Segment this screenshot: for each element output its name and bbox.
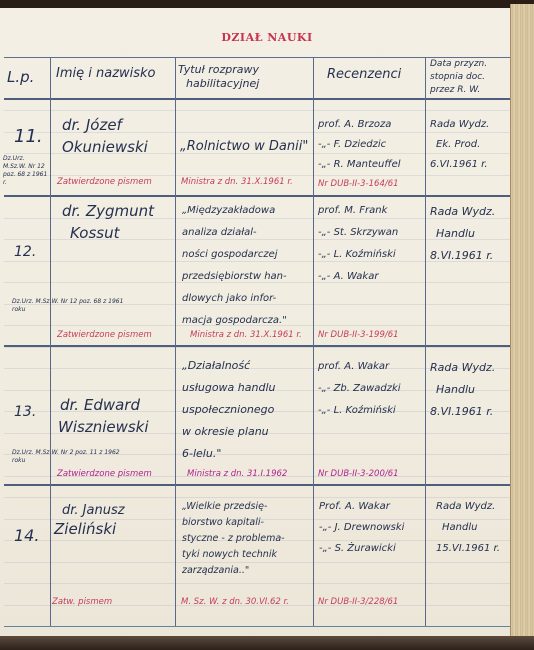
- reviewer: Prof. A. Wakar: [319, 502, 390, 512]
- book-page-edges: [510, 4, 534, 640]
- reference-number: Nr DUB-II-3-164/61: [318, 180, 399, 189]
- header-date-3: przez R. W.: [430, 86, 480, 95]
- approval-note: Zatwierdzone pismem: [57, 331, 152, 340]
- reviewer: -„- Zb. Zawadzki: [318, 384, 401, 394]
- gazette-note: Dz.Urz. M.Sz.W. Nr 12 poz. 68 z 1961 rok…: [12, 298, 130, 314]
- thesis-title-line: zarządzania..": [182, 566, 249, 576]
- table-top-rule: [4, 57, 510, 58]
- page-title: DZIAŁ NAUKI: [0, 31, 534, 44]
- candidate-name: Wiszniewski: [58, 420, 149, 435]
- row-number: 13.: [14, 405, 36, 419]
- thesis-title-line: „Międzyzakładowa: [182, 206, 275, 216]
- thesis-title-line: macja gospodarcza.": [182, 316, 287, 326]
- approval-note: Zatw. pismem: [52, 598, 112, 607]
- thesis-title-line: tyki nowych technik: [182, 550, 277, 560]
- reference-number: Nr DUB-II-3-199/61: [318, 331, 399, 340]
- header-bottom-rule: [4, 98, 510, 100]
- candidate-name: Zieliński: [54, 522, 116, 537]
- row-divider: [4, 195, 510, 197]
- degree-date-line: 8.VI.1961 r.: [430, 250, 493, 261]
- paper-rule-line: [4, 175, 510, 176]
- column-divider: [175, 57, 176, 626]
- candidate-name: dr. Zygmunt: [62, 204, 154, 219]
- degree-date-line: Handlu: [436, 228, 475, 239]
- candidate-name: dr. Janusz: [62, 504, 125, 517]
- thesis-title-line: 6-lelu.": [182, 448, 221, 459]
- candidate-name: Okuniewski: [62, 140, 148, 155]
- degree-date-line: Rada Wydz.: [430, 362, 495, 373]
- thesis-title-line: analiza działal-: [182, 228, 257, 238]
- paper-rule-line: [4, 110, 510, 111]
- reviewer: prof. A. Brzoza: [318, 120, 391, 130]
- reviewer: -„- J. Drewnowski: [319, 523, 404, 533]
- reviewer: -„- S. Żurawicki: [319, 544, 396, 554]
- approval-note: Zatwierdzone pismem: [57, 470, 152, 479]
- candidate-name: dr. Edward: [60, 398, 140, 413]
- candidate-name: Kossut: [70, 226, 120, 241]
- approval-note: Zatwierdzone pismem: [57, 178, 152, 187]
- row-divider: [4, 484, 510, 486]
- thesis-title-line: „Wielkie przedsię-: [182, 502, 267, 512]
- reviewer: -„- St. Skrzywan: [318, 228, 398, 238]
- header-reviewers: Recenzenci: [327, 68, 401, 81]
- degree-date-line: 8.VI.1961 r.: [430, 406, 493, 417]
- scan-bottom-edge: [0, 636, 534, 650]
- degree-date-line: Rada Wydz.: [430, 120, 489, 130]
- row-number: 14.: [14, 528, 39, 544]
- ministry-note: Ministra z dn. 31.X.1961 r.: [181, 178, 293, 187]
- thesis-title-line: biorstwo kapitali-: [182, 518, 264, 528]
- paper-rule-line: [4, 497, 510, 498]
- degree-date-line: Rada Wydz.: [436, 502, 495, 512]
- thesis-title-line: usługowa handlu: [182, 382, 275, 393]
- candidate-name: dr. Józef: [62, 118, 122, 133]
- reviewer: -„- L. Koźmiński: [318, 250, 396, 260]
- degree-date-line: 6.VI.1961 r.: [430, 160, 488, 170]
- ministry-note: M. Sz. W. z dn. 30.VI.62 r.: [181, 598, 289, 607]
- table-bottom-rule: [4, 626, 510, 627]
- reviewer: -„- R. Manteuffel: [318, 160, 401, 170]
- gazette-note: Dz.Urz. M.Sz.W. Nr 12 poz. 68 z 1961 r.: [3, 155, 49, 187]
- thesis-title-line: w okresie planu: [182, 426, 269, 437]
- paper-rule-line: [4, 562, 510, 563]
- row-number: 11.: [14, 128, 43, 146]
- thesis-title-line: styczne - z problema-: [182, 534, 285, 544]
- thesis-title-line: dlowych jako infor-: [182, 294, 276, 304]
- thesis-title-line: ności gospodarczej: [182, 250, 278, 260]
- degree-date-line: Rada Wydz.: [430, 206, 495, 217]
- degree-date-line: Handlu: [442, 523, 477, 533]
- column-divider: [425, 57, 426, 626]
- paper-rule-line: [4, 583, 510, 584]
- reference-number: Nr DUB-II-3/228/61: [318, 598, 398, 607]
- thesis-title-line: „Rolnictwo w Danii": [180, 140, 308, 153]
- degree-date-line: Ek. Prod.: [436, 140, 480, 150]
- row-divider: [4, 345, 510, 347]
- reviewer: -„- A. Wakar: [318, 272, 378, 282]
- row-number: 12.: [14, 245, 36, 259]
- reviewer: prof. M. Frank: [318, 206, 387, 216]
- paper-rule-line: [4, 282, 510, 283]
- thesis-title-line: przedsiębiorstw han-: [182, 272, 287, 282]
- column-divider: [50, 57, 51, 626]
- reviewer: -„- L. Koźmiński: [318, 406, 396, 416]
- header-name: Imię i nazwisko: [56, 67, 156, 80]
- header-date-2: stopnia doc.: [430, 73, 485, 82]
- reviewer: -„- F. Dziedzic: [318, 140, 386, 150]
- gazette-note: Dz.Urz. M.Sz.W. Nr 2 poz. 11 z 1962 roku: [12, 449, 130, 465]
- ministry-note: Ministra z dn. 31.X.1961 r.: [190, 331, 302, 340]
- degree-date-line: 15.VI.1961 r.: [436, 544, 500, 554]
- header-lp: L.p.: [7, 70, 34, 85]
- thesis-title-line: uspołecznionego: [182, 404, 274, 415]
- reference-number: Nr DUB-II-3-200/61: [318, 470, 399, 479]
- column-divider: [313, 57, 314, 626]
- header-date-1: Data przyzn.: [430, 60, 487, 69]
- degree-date-line: Handlu: [436, 384, 475, 395]
- reviewer: prof. A. Wakar: [318, 362, 389, 372]
- header-title-2: habilitacyjnej: [186, 78, 259, 89]
- thesis-title-line: „Działalność: [182, 360, 250, 371]
- ministry-note: Ministra z dn. 31.I.1962: [187, 470, 287, 479]
- header-title-1: Tytuł rozprawy: [178, 64, 259, 75]
